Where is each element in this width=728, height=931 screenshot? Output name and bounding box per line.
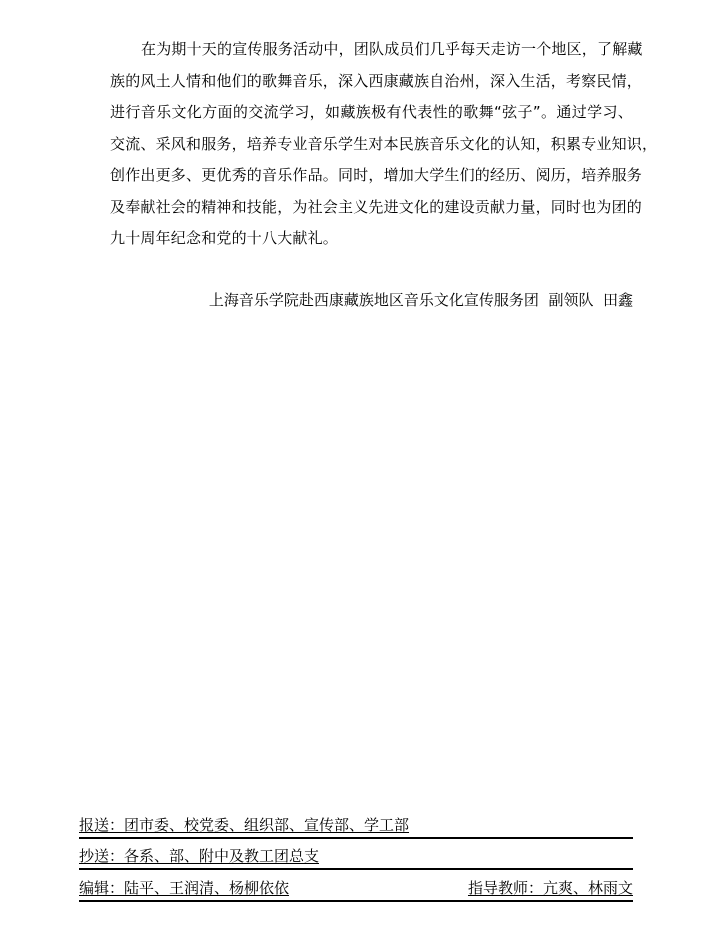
body-line: 在为期十天的宣传服务活动中，团队成员们几乎每天走访一个地区，了解藏 [79,34,633,66]
footer-credits-row: 编辑：陆平、王润清、杨柳依依 指导教师：亢爽、林雨文 [79,876,633,902]
copy-to-text: 抄送：各系、部、附中及教工团总支 [79,844,319,868]
body-line: 创作出更多、更优秀的音乐作品。同时，增加大学生们的经历、阅历，培养服务 [79,160,633,192]
body-line: 族的风土人情和他们的歌舞音乐，深入西康藏族自治州，深入生活，考察民情， [79,66,633,98]
signature-line: 上海音乐学院赴西康藏族地区音乐文化宣传服务团 副领队 田鑫 [186,287,633,313]
body-paragraph: 在为期十天的宣传服务活动中，团队成员们几乎每天走访一个地区，了解藏 族的风土人情… [79,34,633,255]
body-line: 及奉献社会的精神和技能，为社会主义先进文化的建设贡献力量，同时也为团的 [79,192,633,224]
advisors-text: 指导教师：亢爽、林雨文 [468,876,633,900]
report-to-text: 报送：团市委、校党委、组织部、宣传部、学工部 [79,813,409,837]
body-line: 交流、采风和服务，培养专业音乐学生对本民族音乐文化的认知，积累专业知识， [79,129,633,161]
editors-text: 编辑：陆平、王润清、杨柳依依 [79,876,289,900]
footer-copy-to-row: 抄送：各系、部、附中及教工团总支 [79,844,633,870]
footer-report-to-row: 报送：团市委、校党委、组织部、宣传部、学工部 [79,813,633,839]
document-page: 在为期十天的宣传服务活动中，团队成员们几乎每天走访一个地区，了解藏 族的风土人情… [0,0,728,931]
body-line: 进行音乐文化方面的交流学习，如藏族极有代表性的歌舞“弦子”。通过学习、 [79,97,633,129]
body-line: 九十周年纪念和党的十八大献礼。 [79,223,633,255]
